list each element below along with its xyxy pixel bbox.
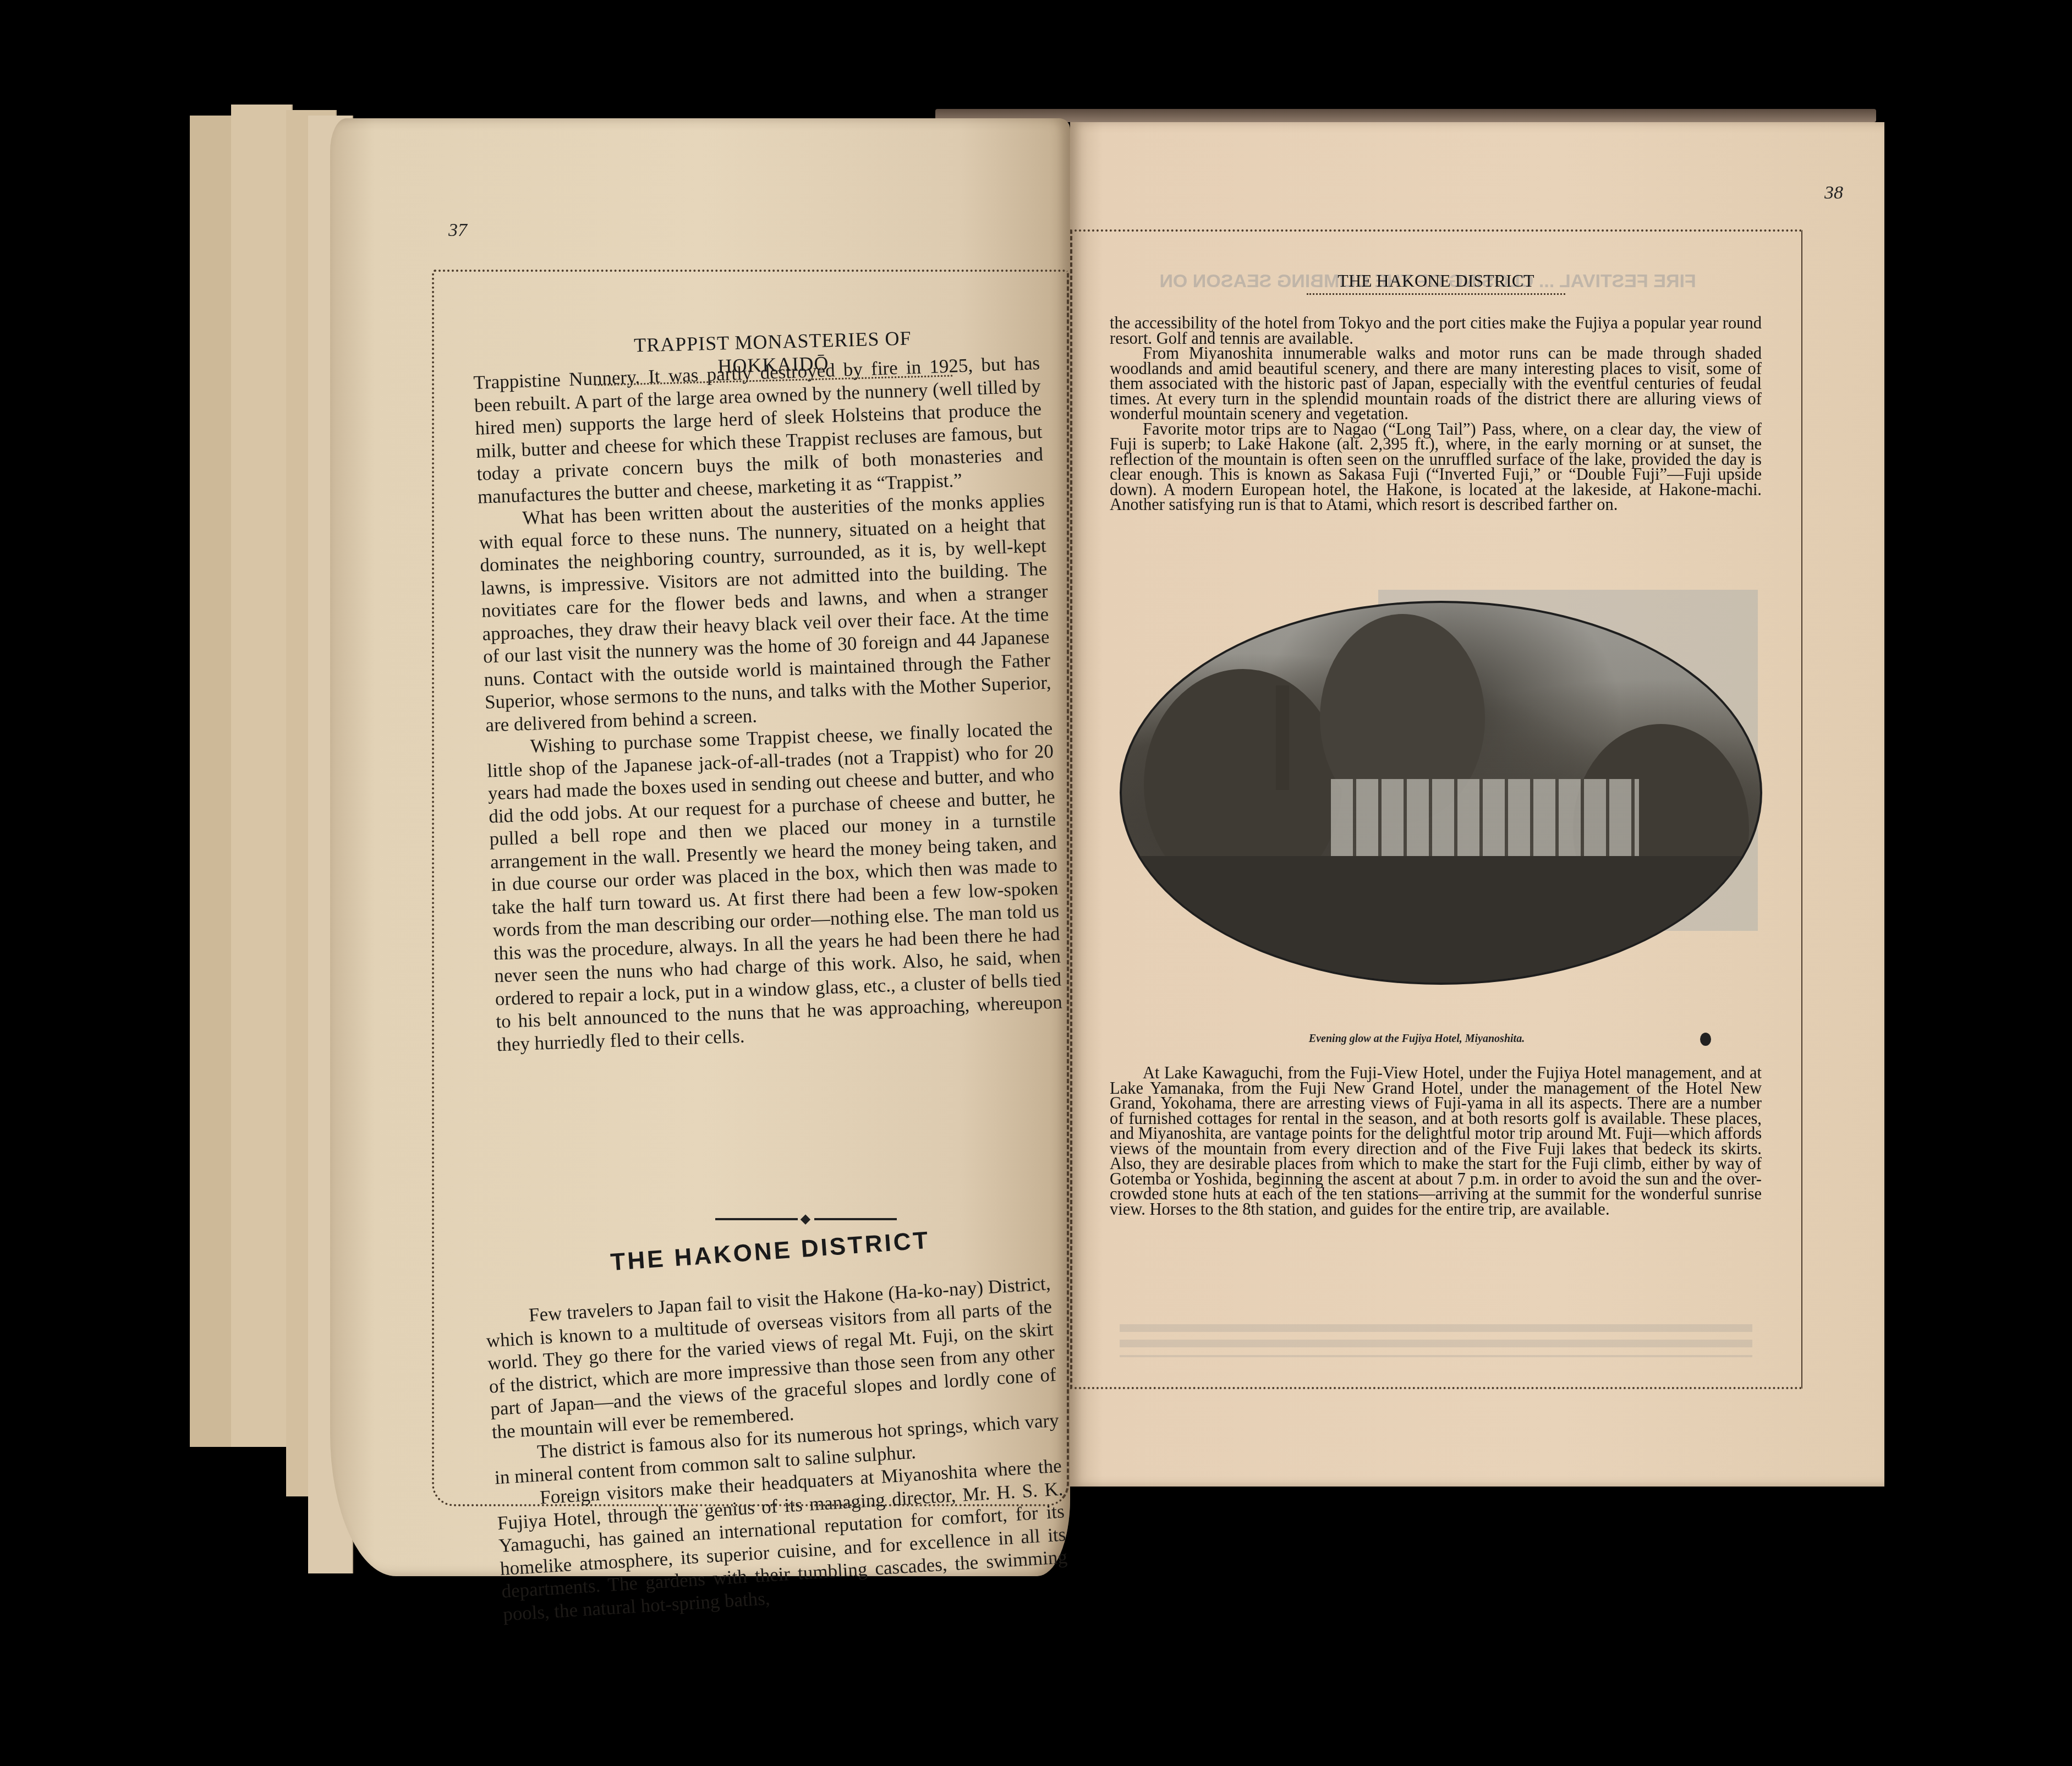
oval-hotel-photo: [1120, 601, 1762, 985]
foreground-foliage: [1122, 856, 1760, 983]
left-page: 37 TRAPPIST MONASTERIES OF HOKKAIDŌ Trap…: [330, 118, 1070, 1576]
page-number-right: 38: [1824, 183, 1843, 204]
paragraph: the accessibility of the hotel from Toky…: [1110, 316, 1762, 346]
right-after-photo-text: At Lake Kawaguchi, from the Fuji-View Ho…: [1110, 1066, 1762, 1217]
left-section-text: Few travelers to Japan fail to visit the…: [484, 1272, 1070, 1626]
page-number-left: 37: [448, 220, 467, 241]
paragraph: From Miyanoshita innumerable walks and m…: [1110, 346, 1762, 422]
right-body-text: the accessibility of the hotel from Toky…: [1110, 316, 1762, 513]
running-head-right: THE HAKONE DISTRICT: [1307, 271, 1565, 295]
bleed-through-lines: [1120, 1324, 1752, 1357]
ink-dot: [1700, 1033, 1711, 1046]
page-stack-edge: [231, 105, 293, 1447]
chimney: [1276, 685, 1289, 790]
open-book: 37 TRAPPIST MONASTERIES OF HOKKAIDŌ Trap…: [0, 0, 2072, 1766]
photo-caption: Evening glow at the Fujiya Hotel, Miyano…: [1224, 1033, 1609, 1045]
section-divider-ornament: ◆: [715, 1213, 897, 1224]
left-body-text: Trappistine Nunnery. It was partly destr…: [473, 352, 1064, 1056]
book-spine-top: [935, 109, 1876, 122]
right-page: 38 FIRE FESTIVAL ... CLOSING OF THE CLIM…: [1070, 122, 1884, 1487]
paragraph: Wishing to purchase some Trappist cheese…: [486, 717, 1064, 1056]
paragraph: At Lake Kawaguchi, from the Fuji-View Ho…: [1110, 1066, 1762, 1217]
paragraph: Favorite motor trips are to Nagao (“Long…: [1110, 422, 1762, 513]
paragraph: Trappistine Nunnery. It was partly destr…: [473, 352, 1044, 508]
photo-figure: [1120, 601, 1758, 1008]
paragraph: What has been written about the austerit…: [478, 489, 1053, 737]
